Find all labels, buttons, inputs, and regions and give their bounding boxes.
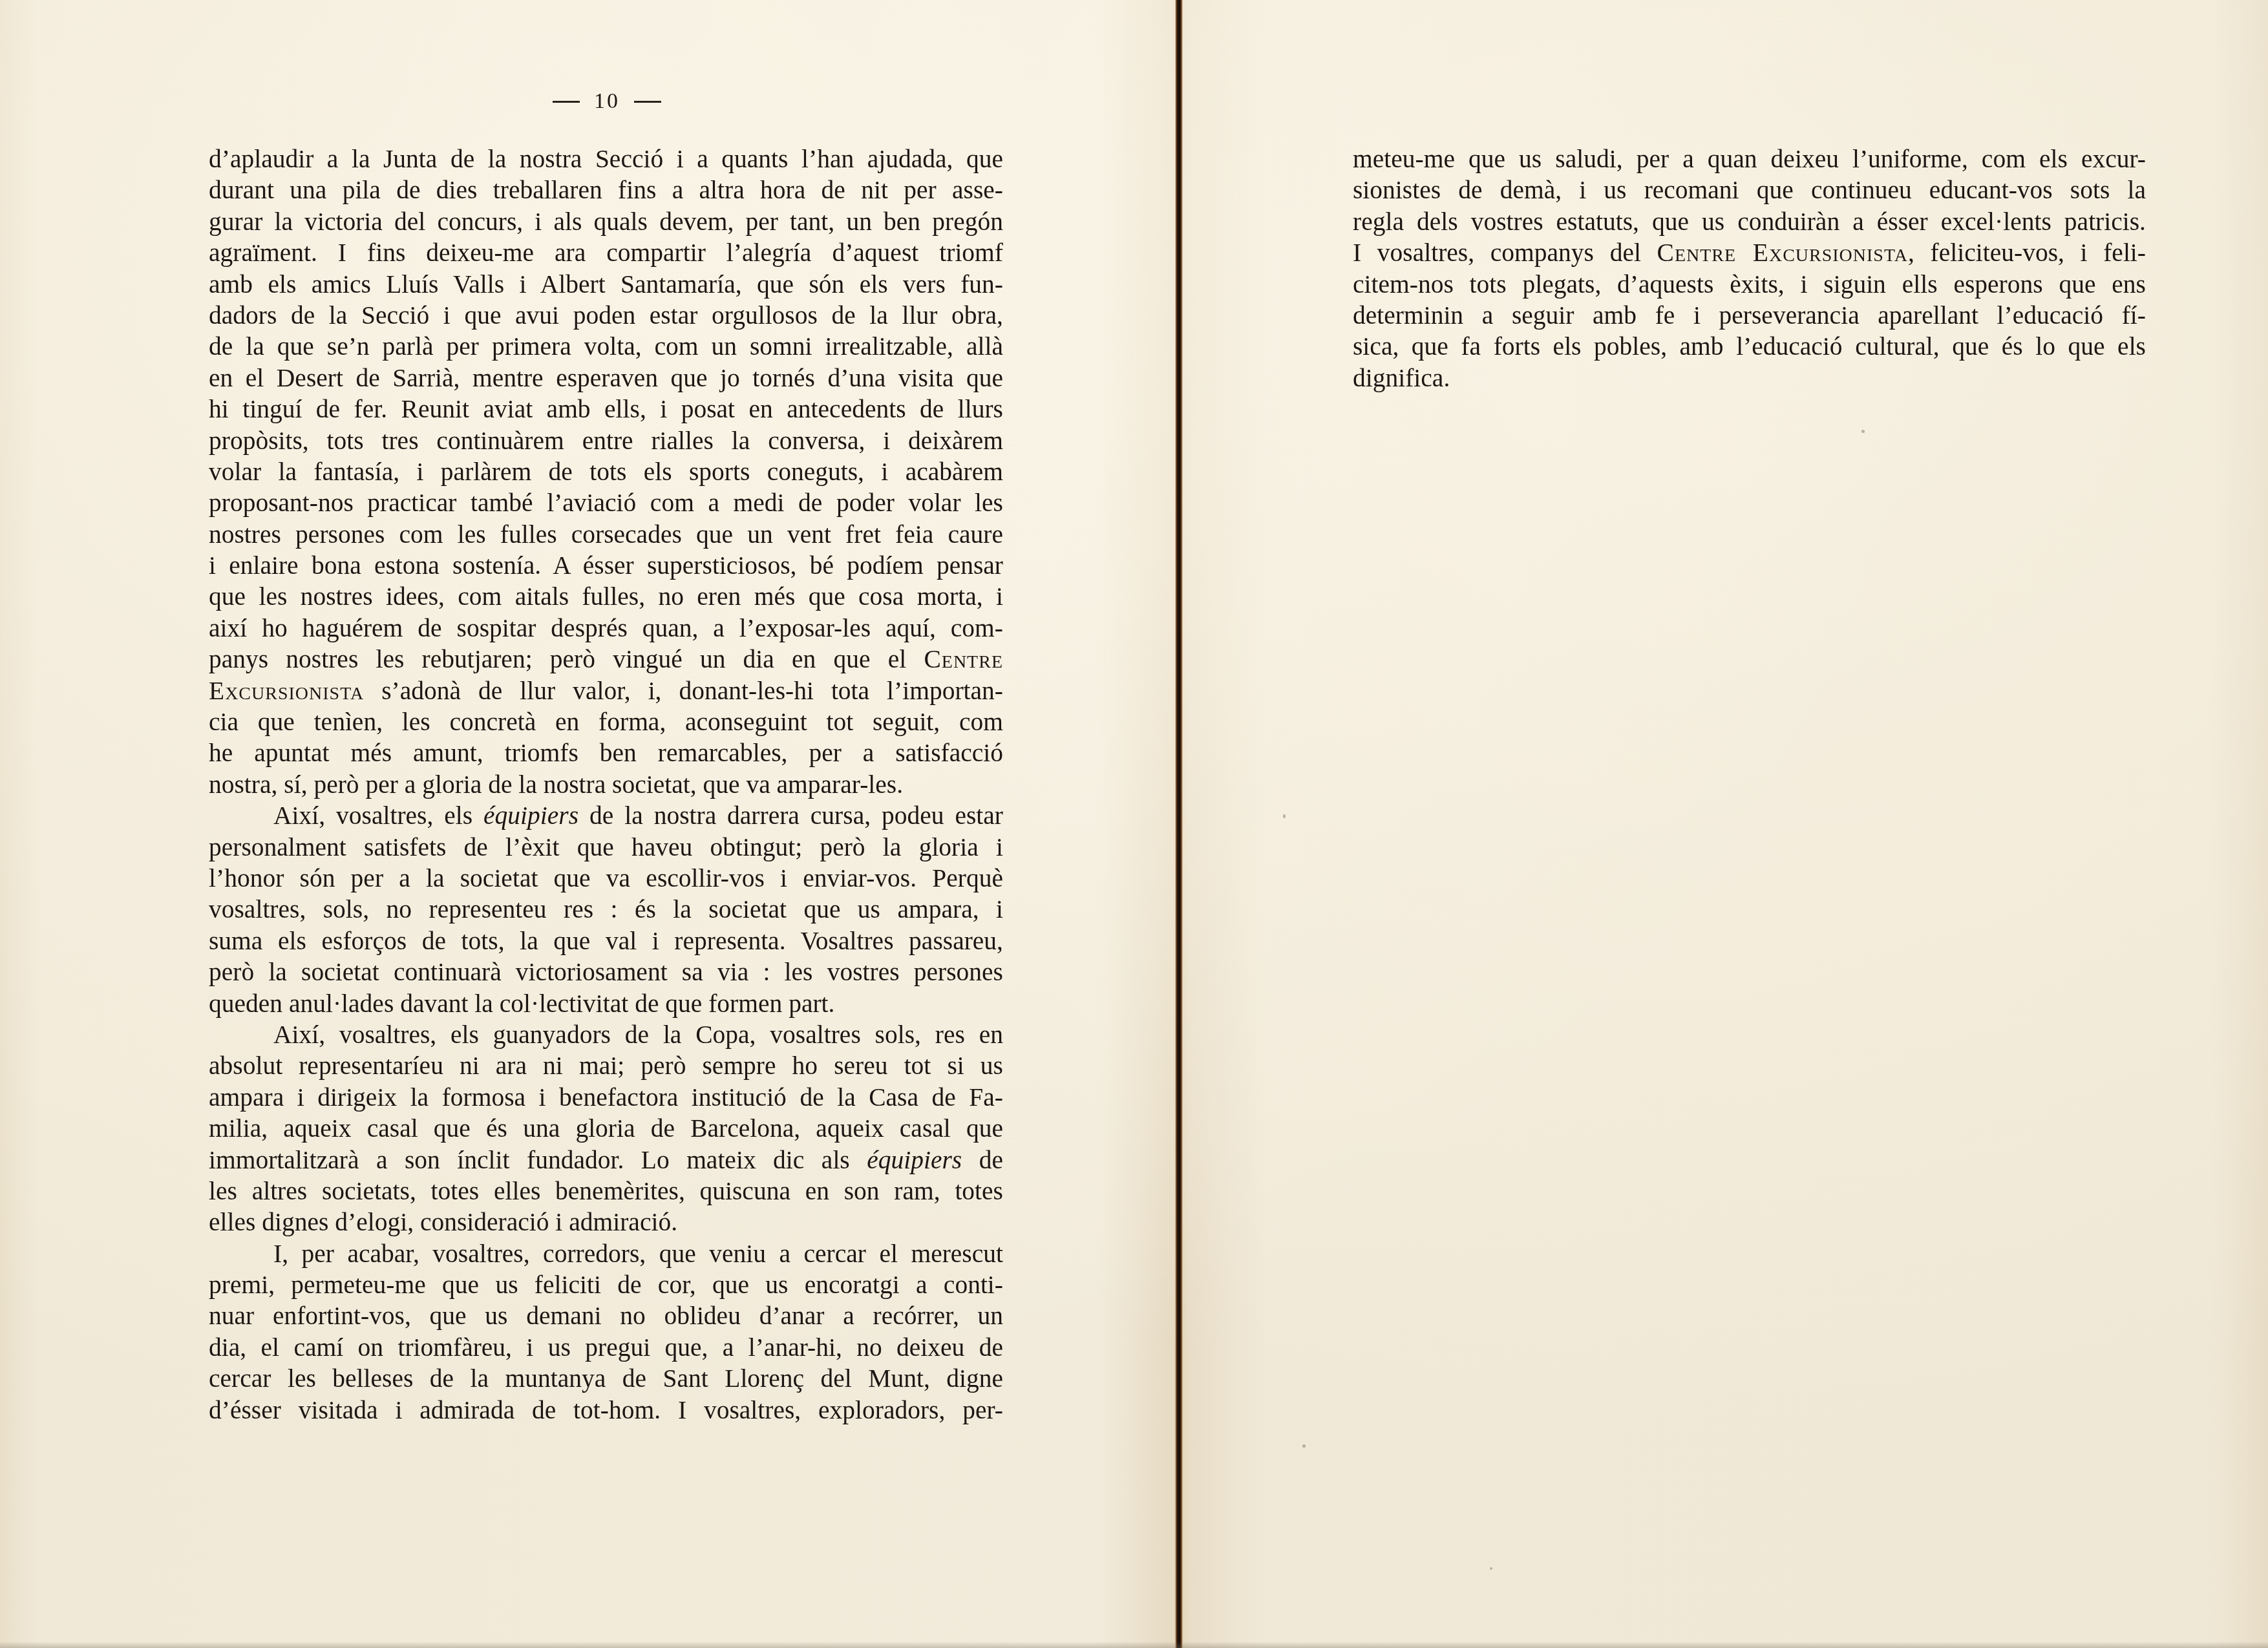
folio-dash-left [553, 101, 580, 103]
text-line-content: dignifica. [1353, 364, 1450, 392]
right-page-text-column: meteu-me que us saludi, per a quan deixe… [1353, 143, 2146, 394]
text-line-content: en el Desert de Sarrià, mentre esperaven… [209, 364, 1003, 392]
text-line: regla dels vostres estatuts, que us cond… [1353, 206, 2146, 237]
text-line: sica, que fa forts els pobles, amb l’edu… [1353, 331, 2146, 362]
text-line-content: l’honor són per a la societat que va esc… [209, 864, 1003, 893]
text-line: d’aplaudir a la Junta de la nostra Secci… [209, 143, 1003, 174]
text-segment: s’adonà de llur valor, i, donant-les-hi … [364, 677, 1003, 705]
text-line: dadors de la Secció i que avui poden est… [209, 300, 1003, 331]
text-line-content: sionistes de demà, i us recomani que con… [1353, 176, 2146, 204]
text-line-content: I, per acabar, vosaltres, corredors, que… [273, 1240, 1003, 1268]
text-segment: Així, vosaltres, els [273, 801, 483, 830]
left-page-text-column: d’aplaudir a la Junta de la nostra Secci… [209, 143, 1003, 1426]
text-line-content: així ho haguérem de sospitar després qua… [209, 614, 1003, 642]
text-line: Així, vosaltres, els équipiers de la nos… [209, 800, 1003, 831]
text-line: cia que tenìen, les concretà en forma, a… [209, 706, 1003, 737]
text-line-content: hi tinguí de fer. Reunit aviat amb ells,… [209, 395, 1003, 423]
left-page: 10 d’aplaudir a la Junta de la nostra Se… [0, 0, 1178, 1648]
text-line-content: Així, vosaltres, els guanyadors de la Co… [273, 1020, 1003, 1049]
paper-speck [1490, 1567, 1492, 1570]
text-line-content: queden anul·lades davant la col·lectivit… [209, 989, 834, 1018]
text-line: elles dignes d’elogi, consideració i adm… [209, 1207, 1003, 1238]
text-segment: , feliciteu-vos, i feli- [1908, 238, 2146, 267]
text-line: queden anul·lades davant la col·lectivit… [209, 988, 1003, 1019]
text-line-content: nostra, sí, però per a gloria de la nost… [209, 770, 903, 799]
text-line-content: absolut representaríeu ni ara ni mai; pe… [209, 1051, 1003, 1080]
text-line-content: regla dels vostres estatuts, que us cond… [1353, 207, 2146, 236]
text-line-content: durant una pila de dies treballaren fins… [209, 176, 1003, 204]
text-line: però la societat continuarà victoriosame… [209, 956, 1003, 988]
text-line-content: d’aplaudir a la Junta de la nostra Secci… [209, 145, 1003, 173]
text-line: en el Desert de Sarrià, mentre esperaven… [209, 363, 1003, 394]
text-line-content: gurar la victoria del concurs, i als qua… [209, 207, 1003, 236]
text-segment: de [962, 1146, 1003, 1174]
text-line: premi, permeteu-me que us feliciti de co… [209, 1269, 1003, 1300]
text-line: hi tinguí de fer. Reunit aviat amb ells,… [209, 394, 1003, 425]
text-line: meteu-me que us saludi, per a quan deixe… [1353, 143, 2146, 174]
folio-dash-right [634, 101, 661, 103]
text-line: sionistes de demà, i us recomani que con… [1353, 174, 2146, 206]
text-line-content: proposant-nos practicar també l’aviació … [209, 489, 1003, 517]
paper-speck [1283, 814, 1286, 818]
text-line: proposant-nos practicar també l’aviació … [209, 487, 1003, 518]
text-line: durant una pila de dies treballaren fins… [209, 174, 1003, 206]
text-line-content: he apuntat més amunt, triomfs ben remarc… [209, 739, 1003, 767]
text-line: amb els amics Lluís Valls i Albert Santa… [209, 269, 1003, 300]
text-line: milia, aqueix casal que és una gloria de… [209, 1113, 1003, 1144]
text-segment: immortalitzarà a son ínclit fundador. Lo… [209, 1146, 867, 1174]
text-line-content: ampara i dirigeix la formosa i benefacto… [209, 1083, 1003, 1112]
text-line: cercar les belleses de la muntanya de Sa… [209, 1363, 1003, 1394]
book-spine-gutter [1175, 0, 1183, 1648]
text-line: i enlaire bona estona sostenía. A ésser … [209, 550, 1003, 581]
page-number-left: 10 [553, 89, 661, 114]
text-line-content: elles dignes d’elogi, consideració i adm… [209, 1208, 677, 1236]
italic-term: équipiers [867, 1146, 962, 1174]
text-line: d’ésser visitada i admirada de tot-hom. … [209, 1395, 1003, 1426]
text-line: Així, vosaltres, els guanyadors de la Co… [209, 1019, 1003, 1050]
text-line: propòsits, tots tres continuàrem entre r… [209, 425, 1003, 456]
text-line-content: que les nostres idees, com aitals fulles… [209, 582, 1003, 611]
small-caps-name: Centre Excursionista [1657, 238, 1908, 267]
text-segment: panys nostres les rebutjaren; però vingu… [209, 645, 924, 673]
text-line-content: vosaltres, sols, no representeu res : és… [209, 895, 1003, 924]
text-line: vosaltres, sols, no representeu res : és… [209, 894, 1003, 925]
text-line: absolut representaríeu ni ara ni mai; pe… [209, 1050, 1003, 1081]
text-line-content: premi, permeteu-me que us feliciti de co… [209, 1271, 1003, 1299]
page-number-left-value: 10 [594, 89, 620, 114]
text-line: nostres persones com les fulles corsecad… [209, 519, 1003, 550]
text-line-content: amb els amics Lluís Valls i Albert Santa… [209, 270, 1003, 299]
text-line-content: propòsits, tots tres continuàrem entre r… [209, 427, 1003, 455]
text-line: immortalitzarà a son ínclit fundador. Lo… [209, 1145, 1003, 1176]
text-line: personalment satisfets de l’èxit que hav… [209, 832, 1003, 863]
text-segment: I vosaltres, companys del [1353, 238, 1657, 267]
text-line: les altres societats, totes elles benemè… [209, 1176, 1003, 1207]
text-line-content: les altres societats, totes elles benemè… [209, 1177, 1003, 1205]
text-line: nostra, sí, però per a gloria de la nost… [209, 769, 1003, 800]
small-caps-name: Centre [924, 645, 1003, 673]
paper-speck [1302, 1444, 1306, 1448]
italic-term: équipiers [483, 801, 578, 830]
text-line: així ho haguérem de sospitar després qua… [209, 613, 1003, 644]
text-line: he apuntat més amunt, triomfs ben remarc… [209, 737, 1003, 768]
text-line-content: d’ésser visitada i admirada de tot-hom. … [209, 1396, 1003, 1424]
text-line: nuar enfortint-vos, que us demani no obl… [209, 1300, 1003, 1331]
text-line-content: sica, que fa forts els pobles, amb l’edu… [1353, 332, 2146, 361]
text-line-content: dia, el camí on triomfàreu, i us pregui … [209, 1333, 1003, 1362]
text-line-content: meteu-me que us saludi, per a quan deixe… [1353, 145, 2146, 173]
text-line: dignifica. [1353, 363, 2146, 394]
text-line-content: suma els esforços de tots, la que val i … [209, 927, 1003, 955]
text-line-content: cercar les belleses de la muntanya de Sa… [209, 1364, 1003, 1393]
text-line-content: determinin a seguir amb fe i perseveranc… [1353, 301, 2146, 330]
book-spread: 10 d’aplaudir a la Junta de la nostra Se… [0, 0, 2268, 1648]
text-line: Excursionista s’adonà de llur valor, i, … [209, 675, 1003, 706]
text-line-content: personalment satisfets de l’èxit que hav… [209, 833, 1003, 861]
text-line-content: cia que tenìen, les concretà en forma, a… [209, 708, 1003, 736]
small-caps-name: Excursionista [209, 677, 364, 705]
text-line: I, per acabar, vosaltres, corredors, que… [209, 1238, 1003, 1269]
text-line: suma els esforços de tots, la que val i … [209, 925, 1003, 956]
text-line-content: nostres persones com les fulles corsecad… [209, 520, 1003, 549]
text-line: citem-nos tots plegats, d’aquests èxits,… [1353, 269, 2146, 300]
text-line: ampara i dirigeix la formosa i benefacto… [209, 1082, 1003, 1113]
text-line-content: volar la fantasía, i parlàrem de tots el… [209, 458, 1003, 486]
text-line-content: però la societat continuarà victoriosame… [209, 958, 1003, 986]
text-line-content: agraïment. I fins deixeu-me ara comparti… [209, 238, 1003, 267]
text-line: determinin a seguir amb fe i perseveranc… [1353, 300, 2146, 331]
text-line: que les nostres idees, com aitals fulles… [209, 581, 1003, 612]
text-line-content: dadors de la Secció i que avui poden est… [209, 301, 1003, 330]
text-line: dia, el camí on triomfàreu, i us pregui … [209, 1332, 1003, 1363]
paper-speck [1861, 430, 1865, 433]
text-line: panys nostres les rebutjaren; però vingu… [209, 644, 1003, 675]
text-line-content: citem-nos tots plegats, d’aquests èxits,… [1353, 270, 2146, 299]
text-line: agraïment. I fins deixeu-me ara comparti… [209, 237, 1003, 268]
text-line-content: nuar enfortint-vos, que us demani no obl… [209, 1302, 1003, 1330]
text-line-content: i enlaire bona estona sostenía. A ésser … [209, 551, 1003, 580]
text-line-content: milia, aqueix casal que és una gloria de… [209, 1114, 1003, 1143]
text-line: I vosaltres, companys del Centre Excursi… [1353, 237, 2146, 268]
text-line: gurar la victoria del concurs, i als qua… [209, 206, 1003, 237]
text-line: de la que se’n parlà per primera volta, … [209, 331, 1003, 362]
text-line-content: de la que se’n parlà per primera volta, … [209, 332, 1003, 361]
page-bottom-edge [0, 1642, 2268, 1648]
text-line: l’honor són per a la societat que va esc… [209, 863, 1003, 894]
text-line: volar la fantasía, i parlàrem de tots el… [209, 456, 1003, 487]
text-segment: de la nostra darrera cursa, podeu estar [578, 801, 1003, 830]
